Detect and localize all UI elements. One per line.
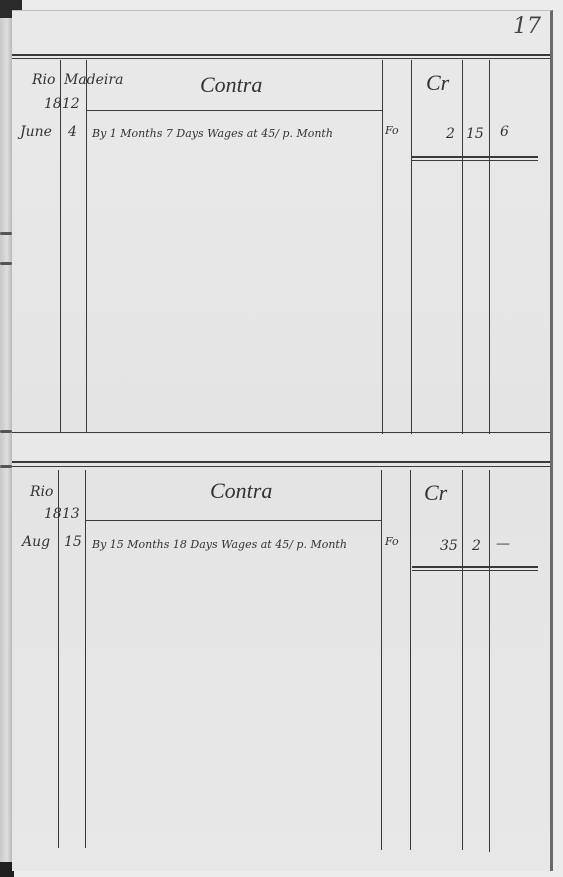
entry-pounds: 2 [446,126,455,142]
column-rule [60,60,61,432]
header-underline [86,110,382,111]
column-rule [489,470,490,852]
entry-day: 4 [68,124,77,140]
credit-header: Cr [424,480,447,506]
column-rule [381,470,382,850]
total-rule [412,160,538,161]
column-rule [462,60,463,438]
header-rio: Rio [32,72,55,88]
entry-month: Aug [22,534,50,550]
total-rule [412,156,538,158]
section-title: Contra [210,478,272,504]
total-rule [412,570,538,571]
entry-folio: Fo [385,535,399,548]
header-year: 1812 [44,96,80,112]
header-rio: Rio [30,484,53,500]
page-edge-mark [0,465,12,468]
entry-pence: 6 [500,124,509,140]
entry-shillings: 2 [472,538,481,554]
top-rule [12,58,550,59]
column-rule [382,60,383,438]
column-rule [489,60,490,438]
section-bottom-rule [12,432,550,433]
entry-shillings: 15 [466,126,484,142]
top-rule [12,466,550,467]
page-edge-mark [0,262,12,265]
top-rule [12,461,550,463]
column-rule [462,470,463,850]
header-year: 1813 [44,506,80,522]
top-rule [12,54,550,56]
page-number: 17 [513,14,541,39]
column-rule [410,470,411,850]
column-rule [86,60,87,432]
column-rule [58,470,59,848]
section-title: Contra [200,72,262,98]
page-edge-mark [0,430,12,433]
entry-description: By 15 Months 18 Days Wages at 45/ p. Mon… [92,538,347,551]
total-rule [412,566,538,568]
column-rule [411,60,412,438]
entry-month: June [20,124,52,140]
book-binding-edge [0,0,12,877]
entry-pence: — [496,536,510,552]
header-underline [86,520,382,521]
entry-pounds: 35 [440,538,458,554]
header-location: Madeira [64,72,123,88]
column-rule [85,470,86,848]
entry-folio: Fo [385,124,399,137]
entry-description: By 1 Months 7 Days Wages at 45/ p. Month [92,127,333,140]
entry-day: 15 [64,534,82,550]
page-edge-mark [0,232,12,235]
credit-header: Cr [426,70,449,96]
section-separator [12,434,550,460]
